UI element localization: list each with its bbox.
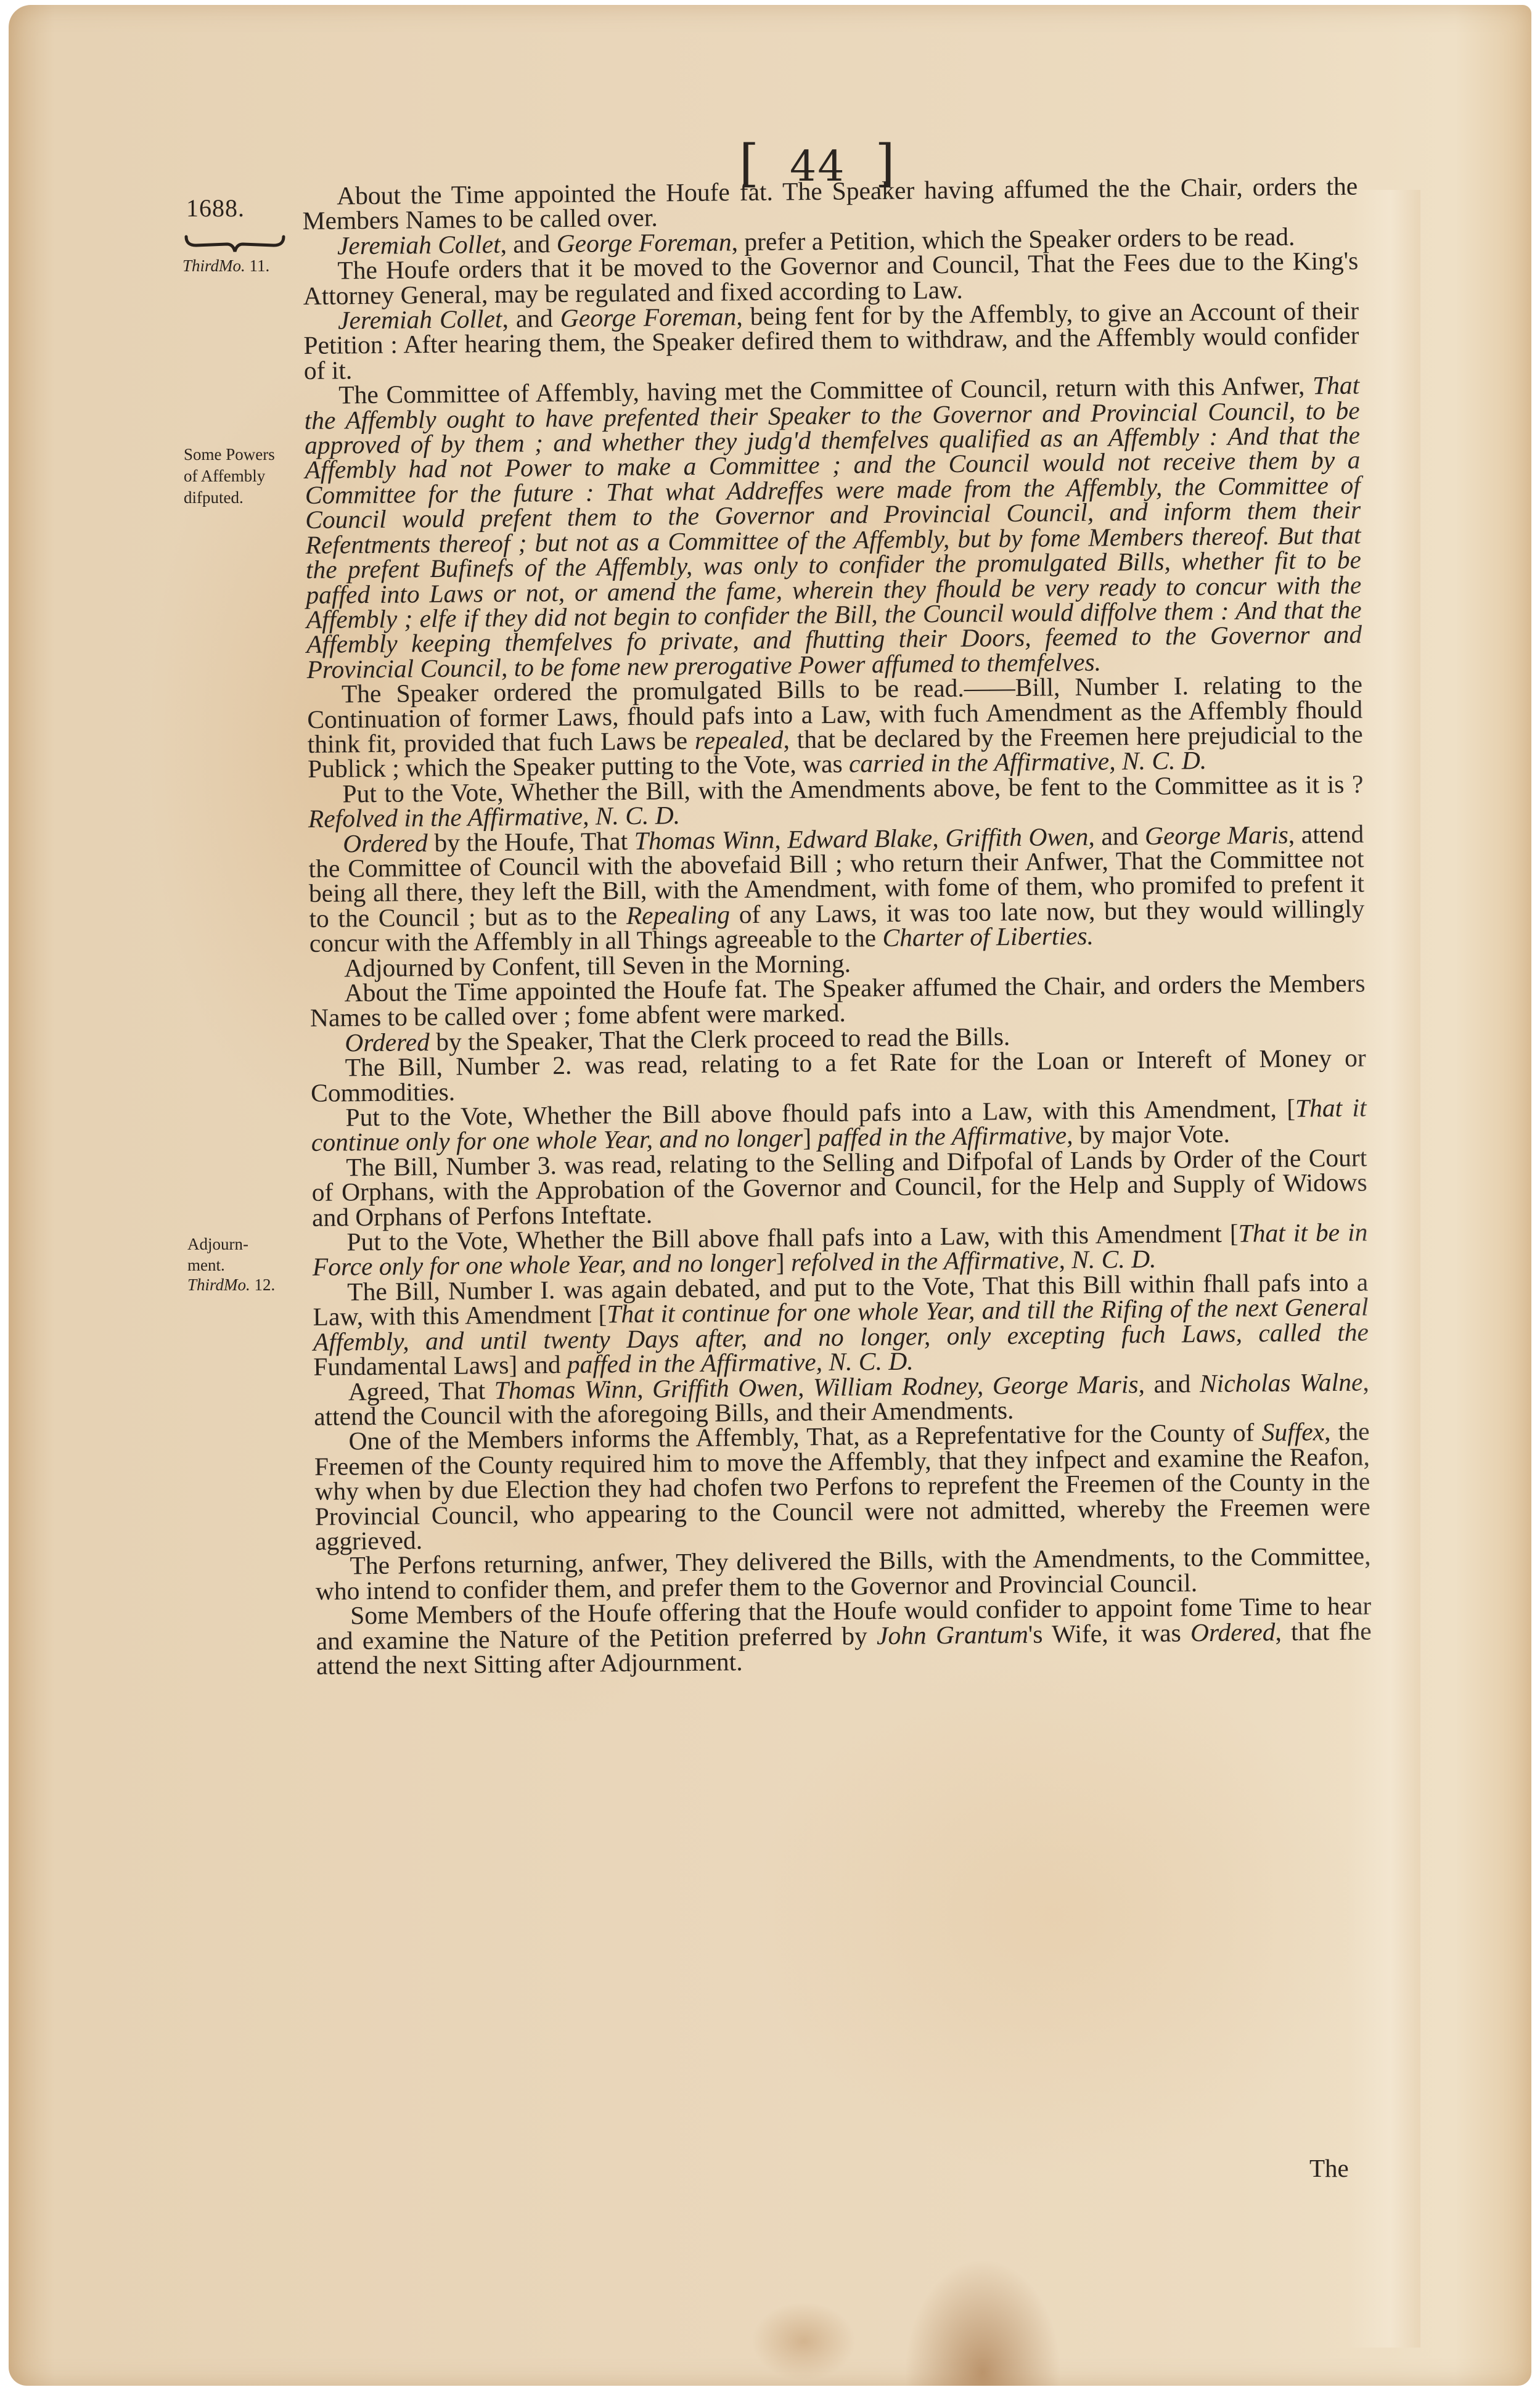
margin-date-day: 12. [255,1275,276,1294]
document-body: About the Time appointed the Houfe fat. … [302,174,1372,1679]
text-run: The Bill, Number 3. was read, relating t… [311,1143,1367,1231]
italic-run: Ordered [1190,1618,1276,1647]
catchword: The [1309,2153,1349,2183]
paragraph-p14: The Bill, Number 3. was read, relating t… [311,1145,1367,1230]
paragraph-p4: Jeremiah Collet, and George Foreman, bei… [303,298,1359,383]
paragraph-p5: The Committee of Affembly, having met th… [304,373,1362,682]
text-run: ] [776,1248,792,1277]
text-run: 's Wife, it was [1028,1618,1191,1648]
paragraph-p20: Some Members of the Houfe offering that … [316,1594,1372,1679]
paragraph-p6: The Speaker ordered the promulgated Bill… [307,672,1363,782]
margin-note-line: Adjourn- [187,1234,248,1255]
italic-run: That the Affembly ought to have prefente… [304,371,1362,684]
paragraph-p16: The Bill, Number I. was again debated, a… [313,1269,1369,1379]
margin-date-month: ThirdMo. [187,1275,250,1294]
text-run: and [1145,1369,1200,1398]
paragraph-p18: One of the Members informs the Affembly,… [314,1419,1370,1554]
margin-note-line: of Affembly [184,465,275,487]
margin-note-line: ment. [187,1255,248,1275]
italic-run: John Grantum [877,1619,1028,1649]
paragraph-p8: Ordered by the Houfe, That Thomas Winn, … [308,821,1365,956]
paper-sheet: [44] 1688. ThirdMo. 11. Some Powers of A… [9,5,1531,2386]
margin-date-month: ThirdMo. [182,256,245,275]
margin-note-line: difputed. [184,487,275,509]
margin-note-line: Some Powers [184,444,275,465]
margin-date-day: 11. [250,256,270,275]
margin-note-adjournment: Adjourn- ment. [187,1234,248,1275]
margin-date-third-month-11: ThirdMo. 11. [182,256,269,276]
curly-brace-icon [184,234,286,253]
margin-date-third-month-12: ThirdMo. 12. [187,1275,275,1295]
text-run: ] [803,1123,818,1152]
margin-year: 1688. [186,194,245,223]
italic-run: Charter of Liberties. [882,922,1094,952]
margin-note-powers-disputed: Some Powers of Affembly difputed. [184,444,275,509]
italic-run: Nicholas Walne [1200,1367,1363,1398]
